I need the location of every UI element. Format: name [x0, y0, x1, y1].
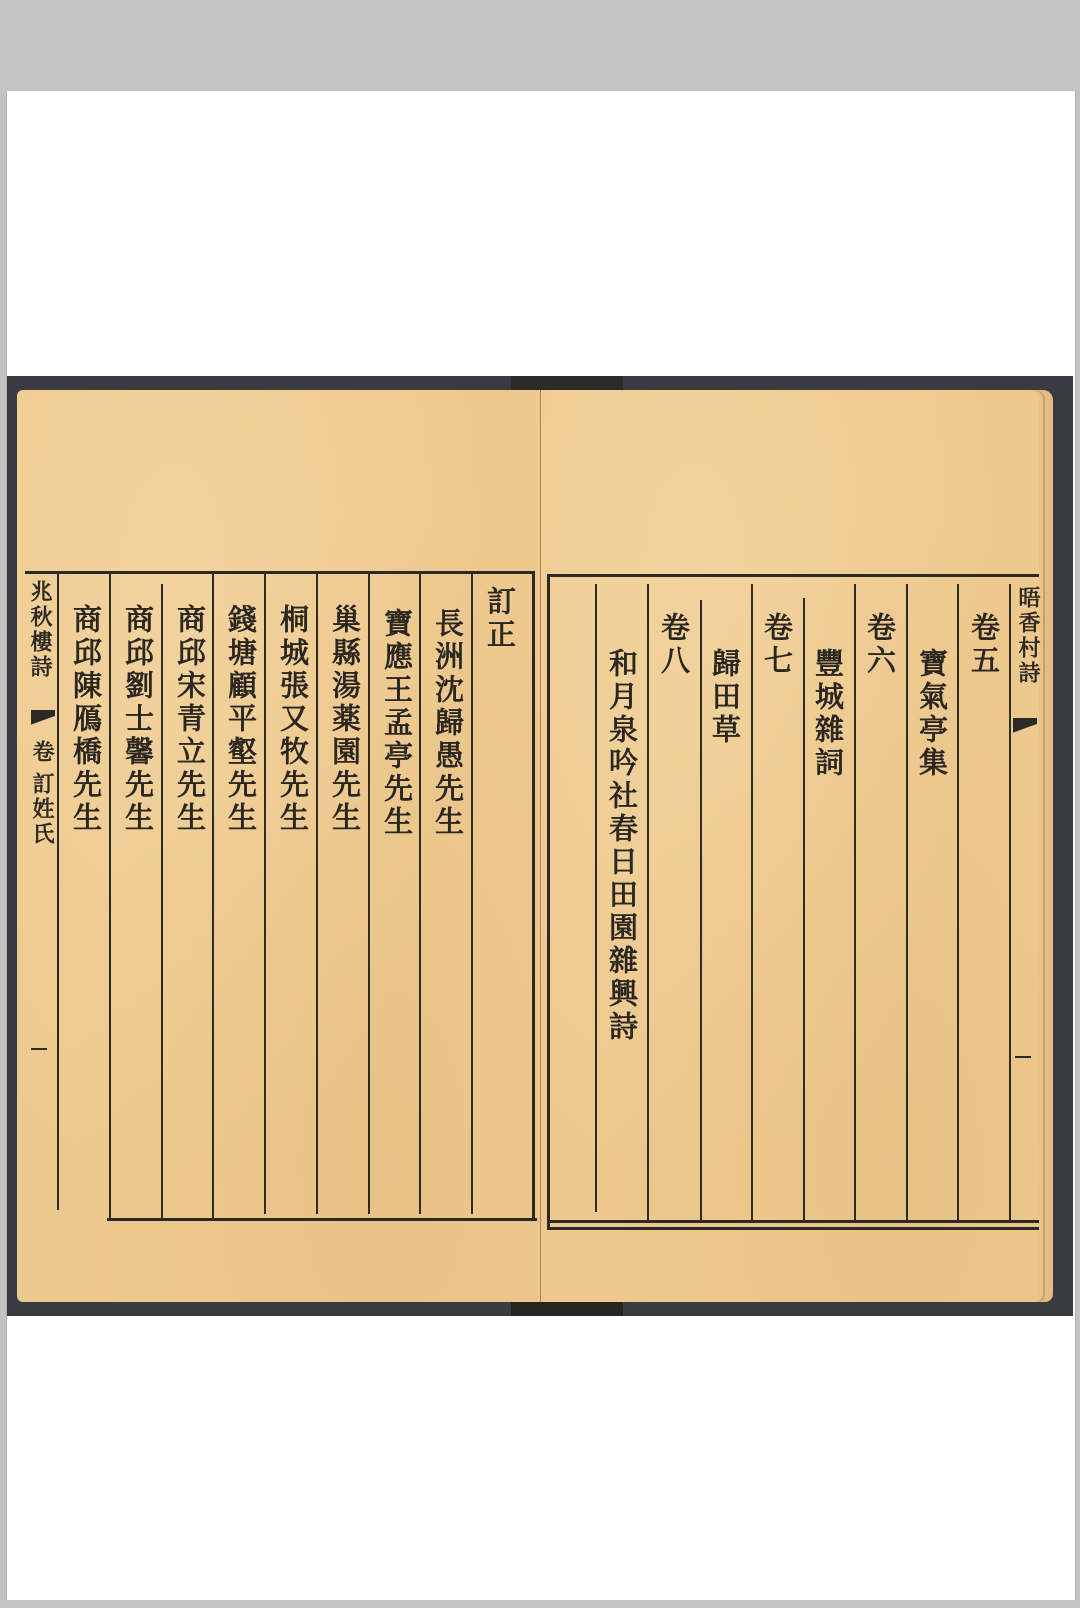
left-bottom-rule [107, 1218, 537, 1221]
heading-dingzheng: 訂正 [477, 586, 517, 652]
banxin-page-number [1015, 1056, 1031, 1058]
entry-column: 商邱陳鴈橋先生 [63, 604, 103, 835]
column-divider [647, 584, 649, 1220]
volume-title: 和月泉吟社春日田園雜興詩 [599, 648, 639, 1044]
entry-column: 商邱劉士馨先生 [115, 604, 155, 835]
volume-label: 卷六 [857, 612, 897, 678]
entry-column: 錢塘顧平壑先生 [218, 604, 258, 835]
column-divider [751, 584, 753, 1220]
banxin-book-title: 晤香村詩 [1013, 586, 1044, 686]
fishtail-mark-icon [31, 710, 55, 730]
entry-column: 長洲沈歸愚先生 [425, 608, 465, 839]
book-scan-image: 兆秋樓詩 卷 訂姓氏 訂正 長洲沈歸愚先生 寶應王孟亭先生 巢縣湯薬園先生 桐城… [7, 376, 1073, 1316]
banxin-subtitle: 訂姓氏 [27, 772, 58, 847]
viewer-blank-area [7, 1316, 1073, 1600]
column-divider [109, 574, 111, 1220]
column-divider [595, 584, 597, 1212]
right-page: 卷五 寶氣亭集 卷六 豐城雜詞 卷七 歸田草 卷八 和月泉吟社春日田園雜興詩 晤… [541, 390, 1053, 1302]
banxin-section: 卷 [27, 740, 58, 765]
banxin-page-number [31, 1048, 47, 1050]
volume-title: 豐城雜詞 [805, 648, 845, 780]
column-divider [368, 574, 370, 1214]
column-divider [161, 584, 163, 1220]
column-divider [316, 574, 318, 1214]
spine-band-bottom [511, 1302, 623, 1316]
fishtail-mark-icon [1013, 718, 1037, 738]
volume-label: 卷七 [754, 612, 794, 678]
column-divider [212, 574, 214, 1220]
banxin-book-title: 兆秋樓詩 [25, 580, 56, 680]
volume-title: 歸田草 [702, 648, 742, 747]
entry-column: 桐城張又牧先生 [270, 604, 310, 835]
entry-column: 寶應王孟亭先生 [374, 608, 414, 839]
right-bottom-rule [547, 1220, 1039, 1223]
column-divider [854, 584, 856, 1220]
column-divider [419, 574, 421, 1214]
entry-column: 巢縣湯薬園先生 [322, 604, 362, 835]
entry-column: 商邱宋青立先生 [167, 604, 207, 835]
volume-title: 寶氣亭集 [909, 648, 949, 780]
column-divider [57, 574, 59, 1210]
column-divider [471, 574, 473, 1214]
column-divider [906, 584, 908, 1220]
column-divider [264, 574, 266, 1214]
column-divider [1009, 584, 1011, 1220]
column-divider [957, 584, 959, 1220]
volume-label: 卷八 [651, 612, 691, 678]
left-page: 兆秋樓詩 卷 訂姓氏 訂正 長洲沈歸愚先生 寶應王孟亭先生 巢縣湯薬園先生 桐城… [17, 390, 541, 1302]
volume-label: 卷五 [961, 612, 1001, 678]
